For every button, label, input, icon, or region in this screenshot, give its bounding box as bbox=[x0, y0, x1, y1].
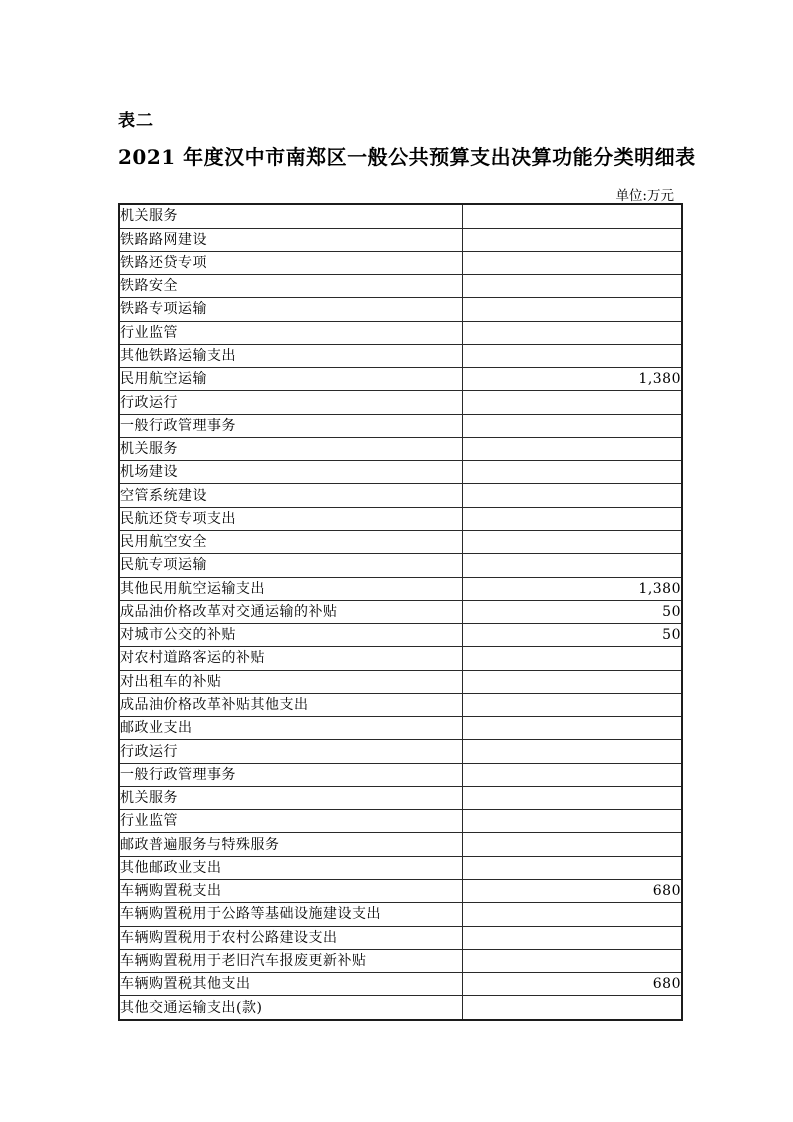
table-row: 民用航空安全 bbox=[119, 530, 682, 553]
row-label: 对城市公交的补贴 bbox=[119, 624, 463, 647]
row-label: 其他民用航空运输支出 bbox=[119, 577, 463, 600]
table-row: 车辆购置税用于老旧汽车报废更新补贴 bbox=[119, 949, 682, 972]
row-value: 680 bbox=[463, 973, 683, 996]
table-row: 邮政业支出 bbox=[119, 717, 682, 740]
row-value bbox=[463, 717, 683, 740]
row-value bbox=[463, 507, 683, 530]
budget-table: 机关服务铁路路网建设铁路还贷专项铁路安全铁路专项运输行业监管其他铁路运输支出民用… bbox=[118, 203, 683, 1021]
row-value bbox=[463, 321, 683, 344]
row-label: 民航专项运输 bbox=[119, 554, 463, 577]
document-page: 表二 2021 年度汉中市南郑区一般公共预算支出决算功能分类明细表 单位:万元 … bbox=[0, 0, 793, 1122]
row-value bbox=[463, 786, 683, 809]
row-value bbox=[463, 670, 683, 693]
table-row: 民用航空运输1,380 bbox=[119, 368, 682, 391]
table-row: 邮政普遍服务与特殊服务 bbox=[119, 833, 682, 856]
row-value bbox=[463, 344, 683, 367]
table-number-label: 表二 bbox=[118, 106, 154, 131]
table-row: 车辆购置税其他支出680 bbox=[119, 973, 682, 996]
table-row: 其他邮政业支出 bbox=[119, 856, 682, 879]
row-label: 铁路还贷专项 bbox=[119, 251, 463, 274]
row-label: 其他交通运输支出(款) bbox=[119, 996, 463, 1020]
row-value bbox=[463, 926, 683, 949]
table-row: 行业监管 bbox=[119, 321, 682, 344]
row-value bbox=[463, 275, 683, 298]
unit-label: 单位:万元 bbox=[118, 184, 674, 204]
row-value bbox=[463, 903, 683, 926]
table-row: 民航专项运输 bbox=[119, 554, 682, 577]
row-label: 对农村道路客运的补贴 bbox=[119, 647, 463, 670]
row-value bbox=[463, 996, 683, 1020]
table-row: 行业监管 bbox=[119, 810, 682, 833]
row-value bbox=[463, 949, 683, 972]
row-label: 机关服务 bbox=[119, 786, 463, 809]
row-value bbox=[463, 228, 683, 251]
row-value bbox=[463, 298, 683, 321]
row-label: 邮政业支出 bbox=[119, 717, 463, 740]
table-row: 其他民用航空运输支出1,380 bbox=[119, 577, 682, 600]
row-value bbox=[463, 740, 683, 763]
row-label: 成品油价格改革补贴其他支出 bbox=[119, 693, 463, 716]
row-value bbox=[463, 833, 683, 856]
row-value bbox=[463, 484, 683, 507]
row-label: 民用航空安全 bbox=[119, 530, 463, 553]
row-label: 一般行政管理事务 bbox=[119, 763, 463, 786]
row-value bbox=[463, 251, 683, 274]
table-row: 机关服务 bbox=[119, 204, 682, 228]
table-row: 车辆购置税用于公路等基础设施建设支出 bbox=[119, 903, 682, 926]
row-label: 其他邮政业支出 bbox=[119, 856, 463, 879]
table-row: 成品油价格改革对交通运输的补贴50 bbox=[119, 600, 682, 623]
row-value: 1,380 bbox=[463, 577, 683, 600]
row-label: 行业监管 bbox=[119, 810, 463, 833]
row-label: 车辆购置税其他支出 bbox=[119, 973, 463, 996]
row-value bbox=[463, 391, 683, 414]
budget-table-body: 机关服务铁路路网建设铁路还贷专项铁路安全铁路专项运输行业监管其他铁路运输支出民用… bbox=[119, 204, 682, 1020]
row-label: 车辆购置税支出 bbox=[119, 879, 463, 902]
row-value bbox=[463, 554, 683, 577]
row-label: 车辆购置税用于老旧汽车报废更新补贴 bbox=[119, 949, 463, 972]
table-row: 对城市公交的补贴50 bbox=[119, 624, 682, 647]
table-row: 铁路还贷专项 bbox=[119, 251, 682, 274]
table-row: 机场建设 bbox=[119, 461, 682, 484]
table-row: 车辆购置税支出680 bbox=[119, 879, 682, 902]
row-value bbox=[463, 461, 683, 484]
row-label: 民航还贷专项支出 bbox=[119, 507, 463, 530]
table-row: 机关服务 bbox=[119, 786, 682, 809]
row-label: 机关服务 bbox=[119, 204, 463, 228]
row-label: 车辆购置税用于公路等基础设施建设支出 bbox=[119, 903, 463, 926]
row-label: 邮政普遍服务与特殊服务 bbox=[119, 833, 463, 856]
table-row: 铁路安全 bbox=[119, 275, 682, 298]
table-row: 一般行政管理事务 bbox=[119, 763, 682, 786]
page-title: 2021 年度汉中市南郑区一般公共预算支出决算功能分类明细表 bbox=[118, 141, 678, 170]
row-label: 机关服务 bbox=[119, 437, 463, 460]
table-row: 空管系统建设 bbox=[119, 484, 682, 507]
row-label: 行政运行 bbox=[119, 740, 463, 763]
table-row: 其他交通运输支出(款) bbox=[119, 996, 682, 1020]
row-label: 铁路专项运输 bbox=[119, 298, 463, 321]
row-value: 50 bbox=[463, 624, 683, 647]
row-label: 对出租车的补贴 bbox=[119, 670, 463, 693]
row-label: 空管系统建设 bbox=[119, 484, 463, 507]
row-value bbox=[463, 763, 683, 786]
row-label: 行政运行 bbox=[119, 391, 463, 414]
table-row: 铁路专项运输 bbox=[119, 298, 682, 321]
row-label: 铁路路网建设 bbox=[119, 228, 463, 251]
row-label: 成品油价格改革对交通运输的补贴 bbox=[119, 600, 463, 623]
table-row: 民航还贷专项支出 bbox=[119, 507, 682, 530]
row-value bbox=[463, 693, 683, 716]
row-value bbox=[463, 647, 683, 670]
table-row: 对农村道路客运的补贴 bbox=[119, 647, 682, 670]
row-label: 机场建设 bbox=[119, 461, 463, 484]
table-row: 成品油价格改革补贴其他支出 bbox=[119, 693, 682, 716]
table-row: 行政运行 bbox=[119, 391, 682, 414]
row-value: 1,380 bbox=[463, 368, 683, 391]
row-value bbox=[463, 204, 683, 228]
row-value bbox=[463, 414, 683, 437]
row-value bbox=[463, 437, 683, 460]
table-row: 其他铁路运输支出 bbox=[119, 344, 682, 367]
row-value bbox=[463, 856, 683, 879]
row-label: 一般行政管理事务 bbox=[119, 414, 463, 437]
table-row: 铁路路网建设 bbox=[119, 228, 682, 251]
table-row: 车辆购置税用于农村公路建设支出 bbox=[119, 926, 682, 949]
row-label: 行业监管 bbox=[119, 321, 463, 344]
row-value bbox=[463, 530, 683, 553]
row-value: 680 bbox=[463, 879, 683, 902]
row-label: 车辆购置税用于农村公路建设支出 bbox=[119, 926, 463, 949]
row-label: 民用航空运输 bbox=[119, 368, 463, 391]
table-row: 对出租车的补贴 bbox=[119, 670, 682, 693]
table-row: 机关服务 bbox=[119, 437, 682, 460]
row-label: 铁路安全 bbox=[119, 275, 463, 298]
table-row: 行政运行 bbox=[119, 740, 682, 763]
row-value: 50 bbox=[463, 600, 683, 623]
row-label: 其他铁路运输支出 bbox=[119, 344, 463, 367]
row-value bbox=[463, 810, 683, 833]
table-row: 一般行政管理事务 bbox=[119, 414, 682, 437]
